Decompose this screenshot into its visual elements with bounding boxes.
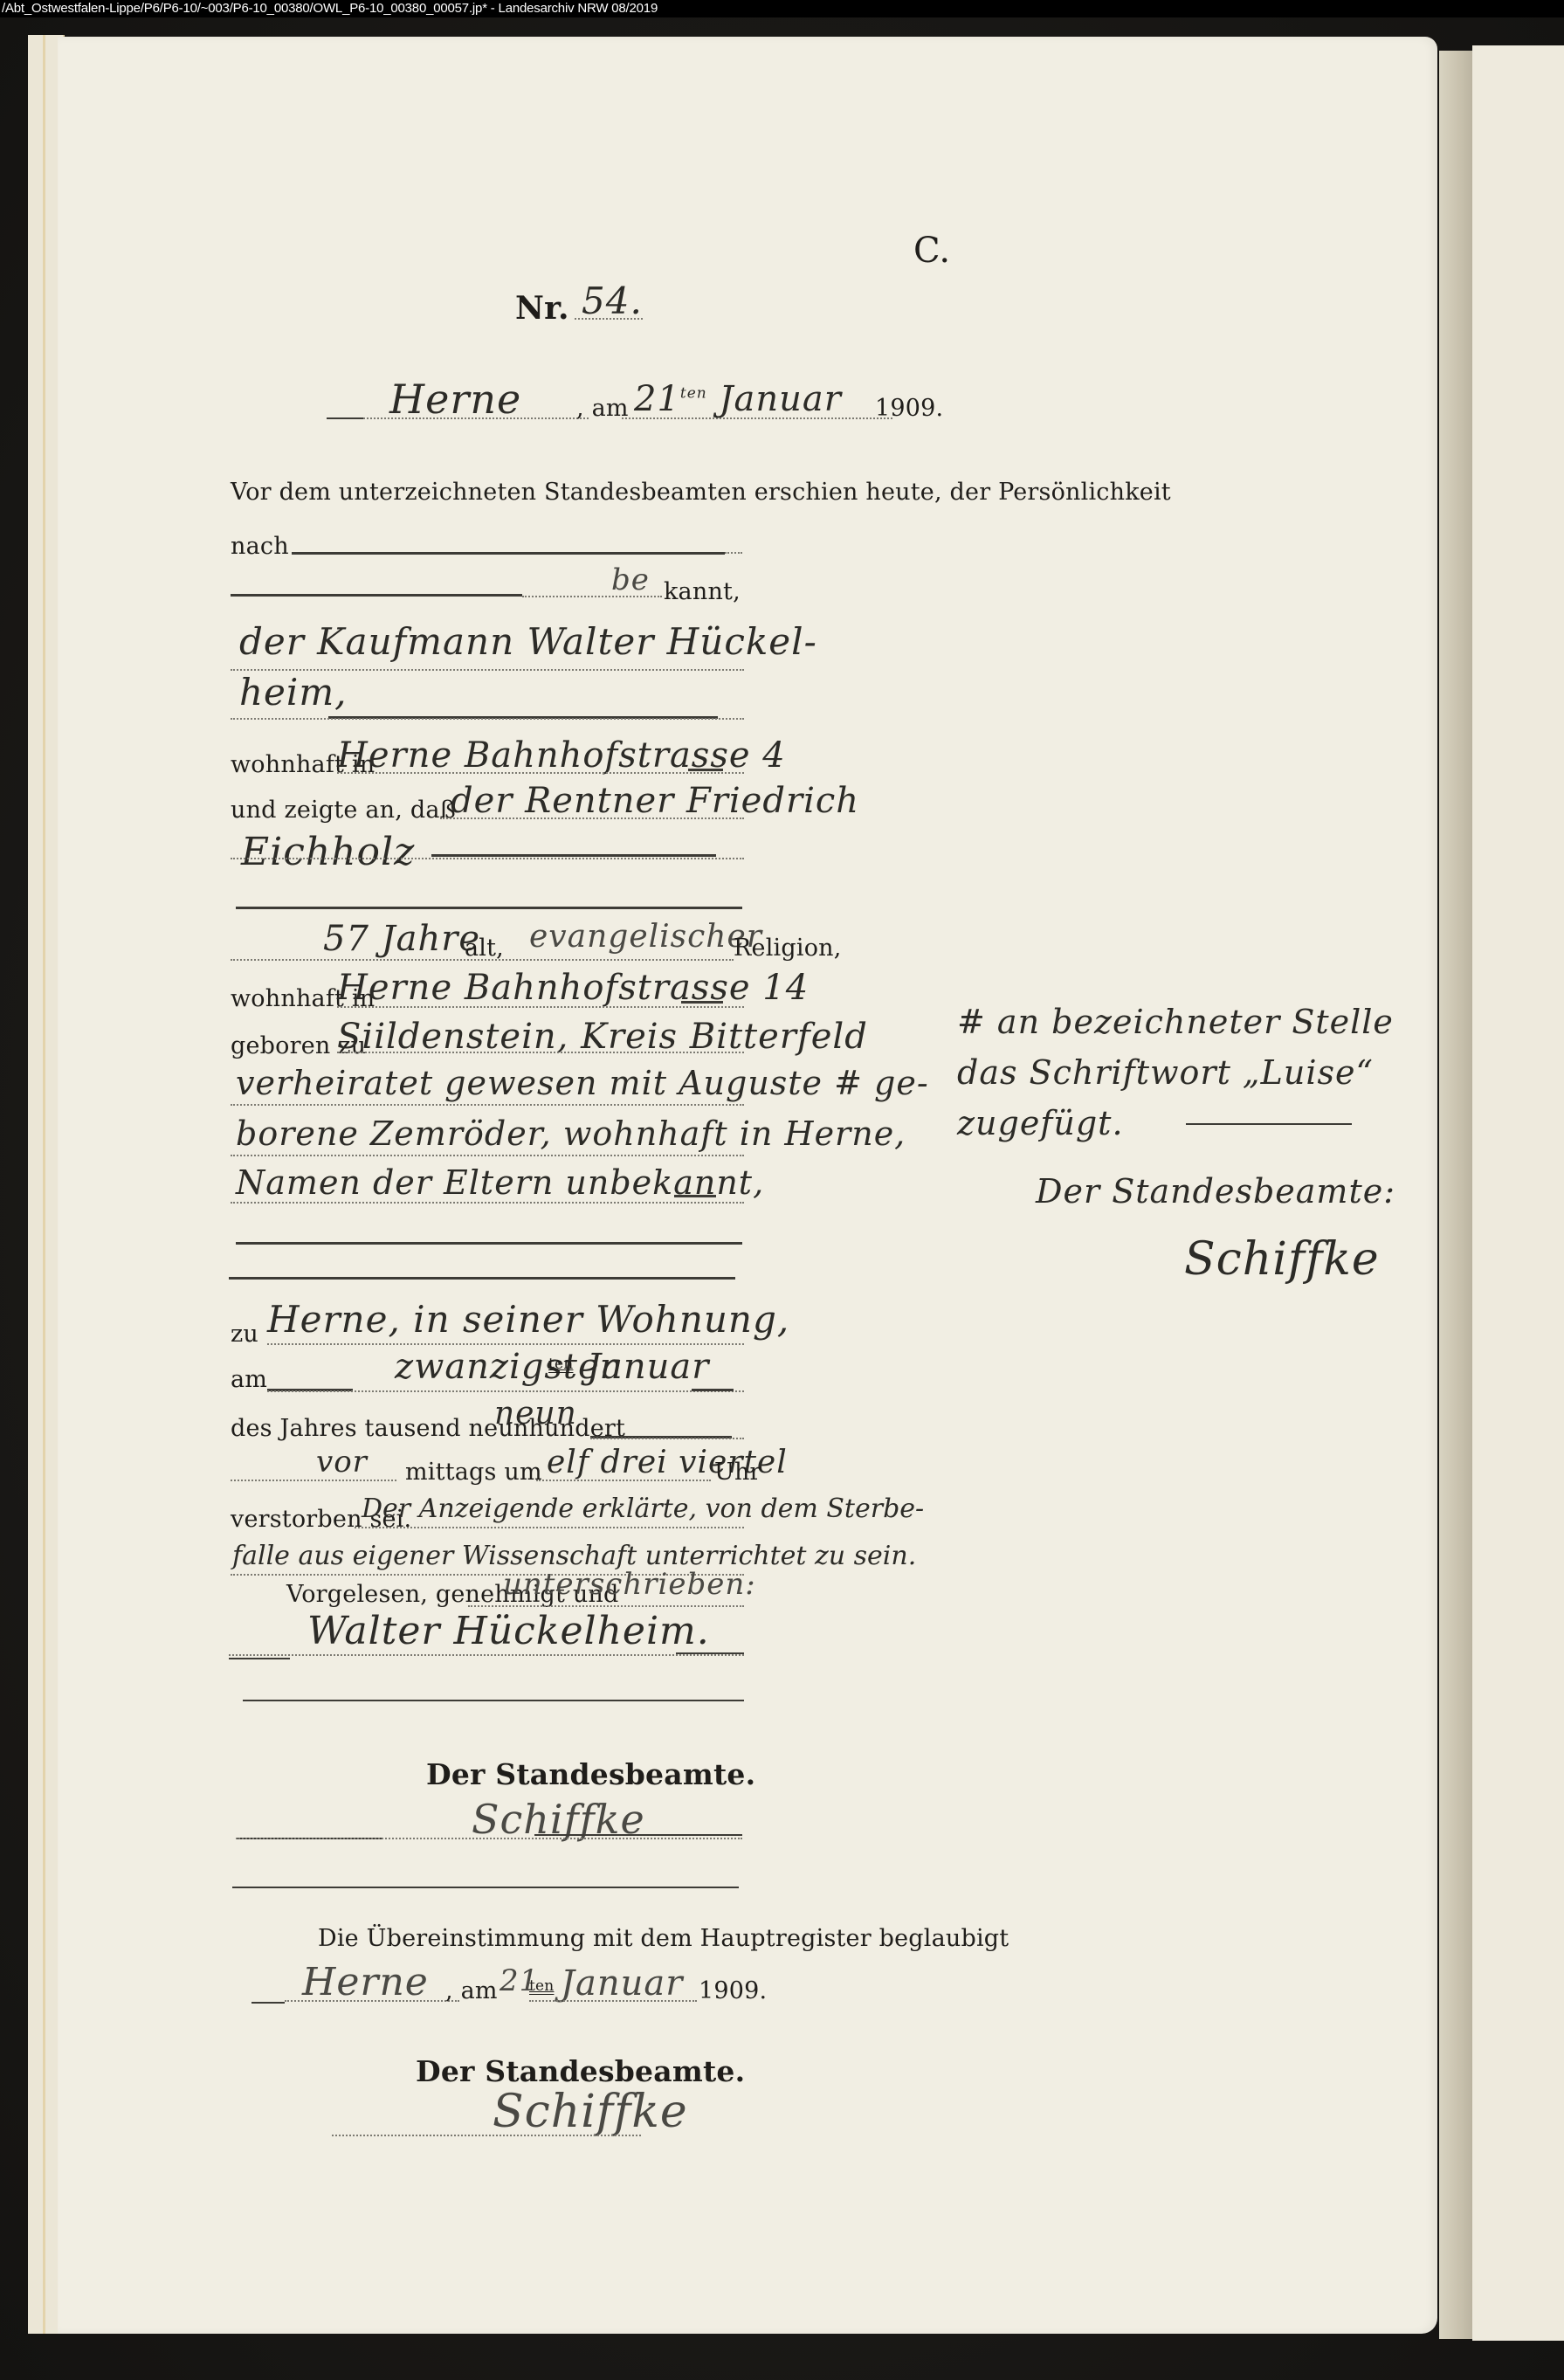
deceased-address-rule (681, 1001, 723, 1004)
official-signature-2: Schiffke (493, 2086, 688, 2138)
margin-note-line-2: das Schriftwort „Luise“ (957, 1053, 1374, 1092)
window-title-bar: /Abt_Ostwestfalen-Lippe/P6/P6-10/~003/P6… (0, 0, 1564, 17)
marital-line-2-dots (231, 1155, 744, 1156)
next-page-edge (1472, 45, 1564, 2341)
separator-rule-2 (236, 1242, 742, 1245)
page-gutter-shadow (1439, 51, 1474, 2339)
informant-line-1: der Kaufmann Walter Hückel- (239, 620, 817, 663)
note-line-1: Der Anzeigende erklärte, von dem Sterbe- (362, 1494, 924, 1524)
record-label: Nr. (515, 290, 569, 327)
certification-text: Die Übereinstimmung mit dem Hauptregiste… (318, 1925, 1009, 1952)
informant-signature: Walter Hückelheim. (307, 1609, 710, 1653)
intro-text: Vor dem unterzeichneten Standesbeamten e… (231, 479, 1171, 506)
official-title: Der Standesbeamte. (426, 1757, 755, 1791)
alt-label: alt, (465, 935, 504, 962)
informant-line-2: heim, (239, 671, 348, 714)
deceased-line-2-dots (231, 858, 744, 859)
cert-rule (251, 2002, 285, 2004)
informant-line-2-dots (231, 718, 744, 720)
margin-note-line-4: Der Standesbeamte: (1036, 1172, 1395, 1211)
deceased-address-dots (337, 1006, 744, 1008)
window-title: /Abt_Ostwestfalen-Lippe/P6/P6-10/~003/P6… (2, 1, 658, 16)
marital-line-1: verheiratet gewesen mit Auguste # ge- (236, 1064, 929, 1102)
mittags-label: mittags um (405, 1459, 542, 1486)
official-sig-rule-right (534, 1834, 742, 1836)
header-year: 1909. (875, 395, 943, 422)
marital-rule (674, 1195, 716, 1197)
cert-am: , am (445, 1977, 498, 2004)
death-time-dots (536, 1480, 711, 1481)
uhr-label: Uhr (714, 1459, 761, 1486)
header-place: Herne (389, 376, 521, 423)
official-sig-dots (236, 1838, 742, 1839)
margin-note-line-3: zugefügt. (957, 1104, 1124, 1142)
separator-rule-5 (232, 1887, 739, 1888)
death-day-suffix: ten (548, 1356, 573, 1373)
marital-line-1-dots (231, 1104, 744, 1106)
margin-note-rule (1186, 1123, 1352, 1125)
header-rule (327, 417, 363, 419)
corner-letter: C. (913, 231, 950, 271)
cert-year: 1909. (699, 1977, 767, 2004)
bekannt-rule (231, 594, 522, 597)
record-number-line (575, 318, 643, 320)
vorgelesen-hand: unterschrieben: (503, 1567, 756, 1602)
death-place: Herne, in seiner Wohnung, (267, 1298, 789, 1341)
header-date: 21ten Januar (634, 379, 842, 419)
bekannt-label: kannt, (664, 578, 741, 605)
cert-date-dots (529, 2000, 697, 2002)
header-month: Januar (719, 379, 841, 419)
address-rule (688, 769, 723, 771)
vorgelesen-dots (468, 1605, 744, 1607)
margin-note-line-1: # an bezeichneter Stelle (957, 1003, 1394, 1041)
official-title-2: Der Standesbeamte. (416, 2054, 745, 2088)
religion-label: Religion, (734, 935, 842, 962)
cert-month: Januar (561, 1963, 683, 2004)
age-dots (231, 959, 734, 961)
deceased-line-2: Eichholz (241, 830, 415, 874)
deceased-line-1-dots (440, 817, 744, 819)
nach-dots (725, 552, 742, 554)
am-label: am (231, 1366, 267, 1393)
record-number: 54. (582, 279, 643, 322)
separator-rule-1 (236, 907, 742, 909)
header-day-suffix: ten (680, 385, 707, 403)
separator-rule-4 (243, 1700, 744, 1701)
age-value: 57 Jahre (323, 919, 480, 959)
mittags-prefix-dots (231, 1480, 396, 1481)
margin-note-signature: Schiffke (1184, 1233, 1380, 1286)
nach-label: nach (231, 533, 289, 560)
nach-rule (292, 552, 725, 555)
death-year-word: neun (494, 1396, 577, 1431)
death-place-dots (267, 1343, 744, 1345)
year-dots (590, 1438, 744, 1439)
marital-line-3-dots (231, 1202, 744, 1204)
zu-label: zu (231, 1321, 258, 1348)
mittags-prefix: vor (316, 1445, 368, 1480)
note-line-1-dots (355, 1527, 744, 1528)
informant-sig-dots (229, 1654, 744, 1656)
official-sig-2-dots (332, 2135, 641, 2136)
bekannt-hand: be (611, 562, 650, 597)
deceased-rule (431, 854, 716, 857)
cert-place: Herne (302, 1960, 429, 2004)
religion-value: evangelischer (529, 919, 762, 955)
address-dots (337, 772, 744, 774)
marital-line-2: borene Zemröder, wohnhaft in Herne, (236, 1114, 906, 1153)
informant-sig-rule-left (229, 1658, 290, 1659)
deceased-address: Herne Bahnhofstrasse 14 (337, 968, 809, 1008)
deceased-line-1: der Rentner Friedrich (451, 781, 859, 821)
register-page: C. Nr. 54. Herne , am 21ten Januar 1909.… (58, 37, 1437, 2334)
header-day: 21 (634, 379, 680, 419)
cert-day-suffix: ten (529, 1977, 554, 1995)
death-month: Januar (587, 1347, 709, 1387)
zeigte-label: und zeigte an, daß (231, 797, 456, 824)
death-month-rule (692, 1389, 734, 1391)
header-am: , am (576, 395, 629, 422)
am-dots (267, 1390, 744, 1392)
birthplace-dots (337, 1052, 744, 1053)
separator-rule-3 (229, 1277, 735, 1280)
